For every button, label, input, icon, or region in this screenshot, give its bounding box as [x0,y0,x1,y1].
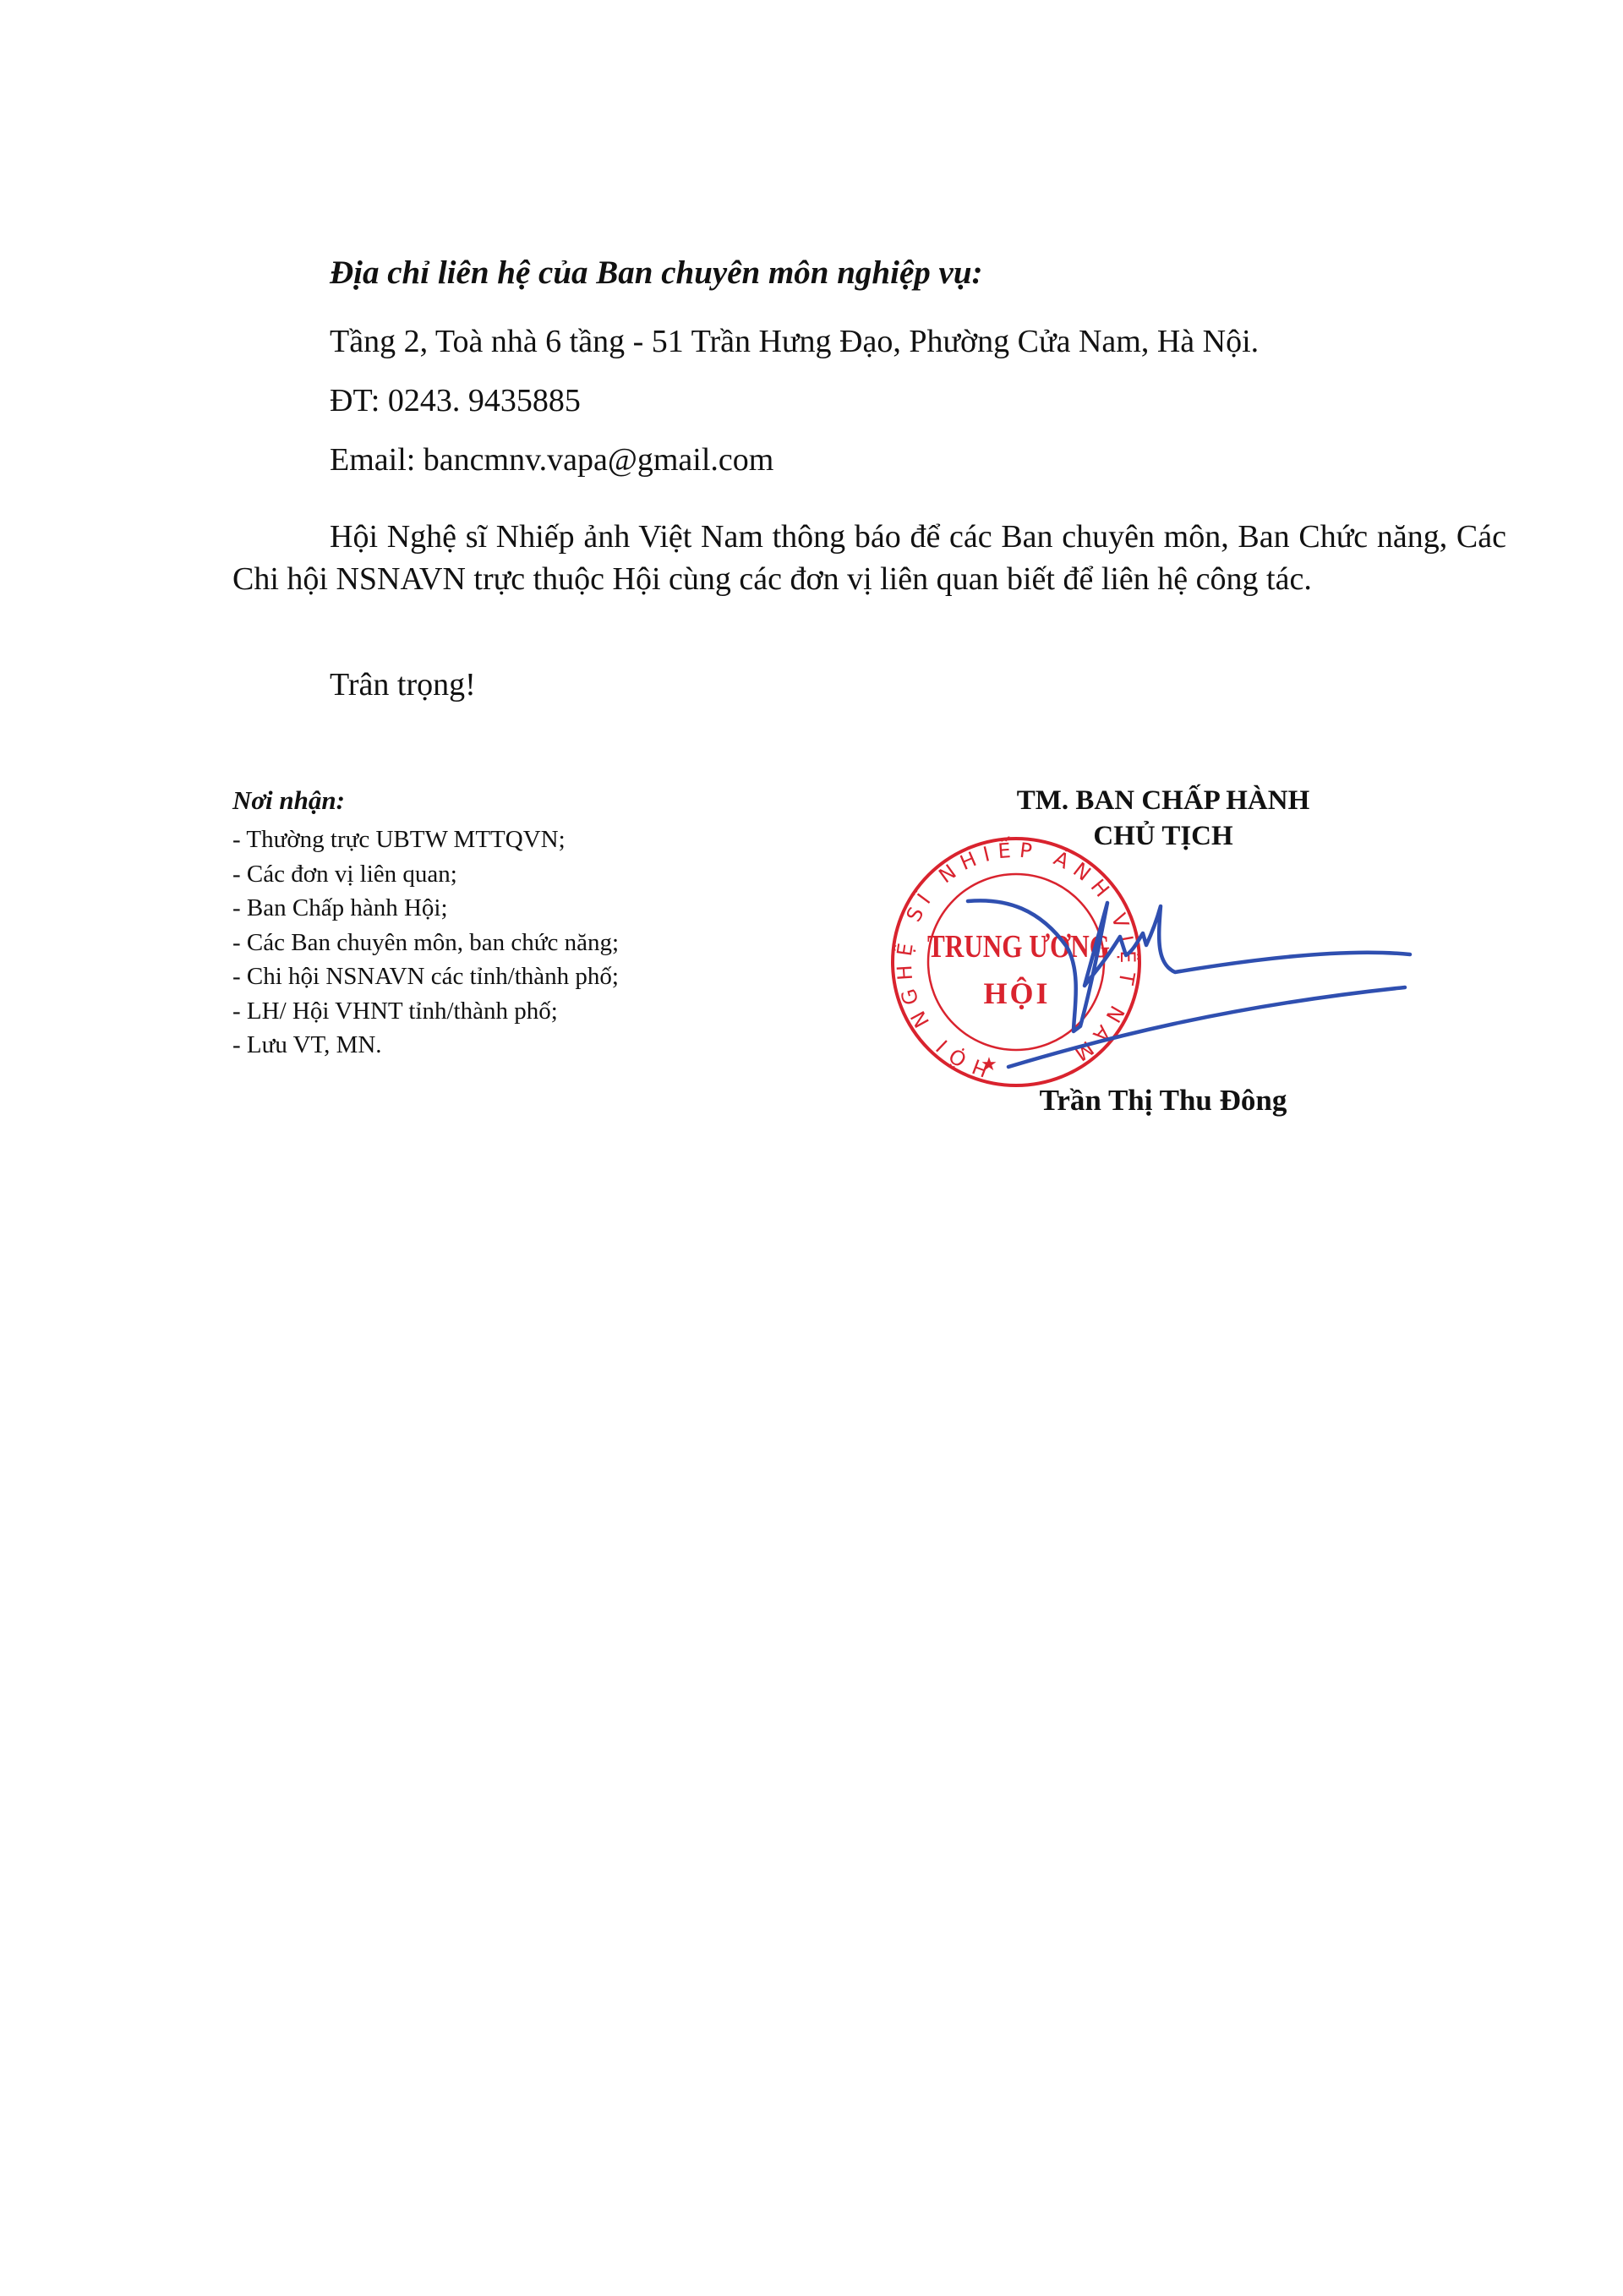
recipient-item: - Thường trực UBTW MTTQVN; [232,823,619,857]
recipient-item: - Ban Chấp hành Hội; [232,891,619,926]
recipients-title: Nơi nhận: [232,787,345,813]
recipient-item: - Chi hội NSNAVN các tỉnh/thành phố; [232,959,619,994]
closing-text: Trân trọng! [330,669,476,701]
seal-star-icon: ★ [981,1053,997,1074]
recipient-item: - Các Ban chuyên môn, ban chức năng; [232,926,619,960]
seal-center-line-1: TRUNG ƯƠNG [927,928,1110,965]
contact-heading: Địa chỉ liên hệ của Ban chuyên môn nghiệ… [330,256,983,289]
signature-on-behalf: TM. BAN CHẤP HÀNH [930,787,1396,815]
recipient-item: - LH/ Hội VHNT tỉnh/thành phố; [232,994,619,1029]
seal-center-line-2: HỘI [983,976,1050,1010]
recipient-item: - Các đơn vị liên quan; [232,857,619,892]
body-paragraph: Hội Nghệ sĩ Nhiếp ảnh Việt Nam thông báo… [232,516,1506,600]
contact-phone: ĐT: 0243. 9435885 [330,385,581,417]
official-seal-and-signature: HỘI NGHỆ SĨ NHIẾP ẢNH VIỆT NAM TRUNG ƯƠN… [879,828,1437,1099]
recipient-item: - Lưu VT, MN. [232,1028,619,1063]
contact-address: Tầng 2, Toà nhà 6 tầng - 51 Trần Hưng Đạ… [330,325,1259,358]
contact-email: Email: bancmnv.vapa@gmail.com [330,444,773,476]
signatory-name: Trần Thị Thu Đông [930,1085,1396,1115]
recipients-list: - Thường trực UBTW MTTQVN; - Các đơn vị … [232,823,619,1063]
